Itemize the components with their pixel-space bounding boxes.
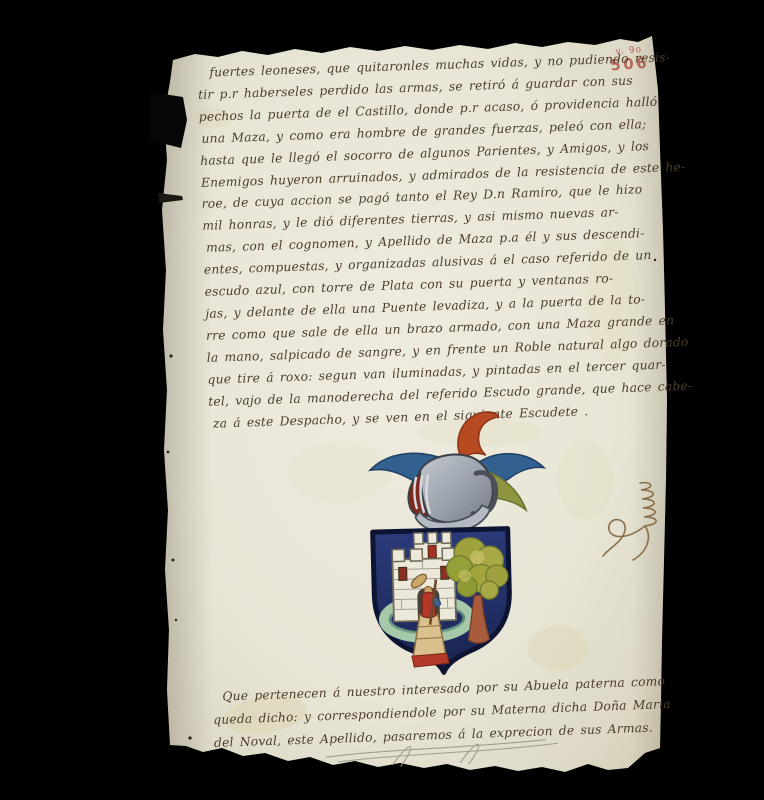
left-window (399, 567, 407, 580)
plume-red-top (457, 412, 500, 460)
heraldic-shield (373, 529, 512, 674)
ink-rubric-flourish (595, 468, 675, 568)
coat-of-arms (327, 405, 584, 681)
photo-of-manuscript: v. 9o 506 fuertes leoneses, que quitaron… (0, 0, 764, 800)
turret-window (428, 545, 436, 557)
manuscript-text-block: fuertes leoneses, que quitaronles muchas… (197, 47, 694, 435)
